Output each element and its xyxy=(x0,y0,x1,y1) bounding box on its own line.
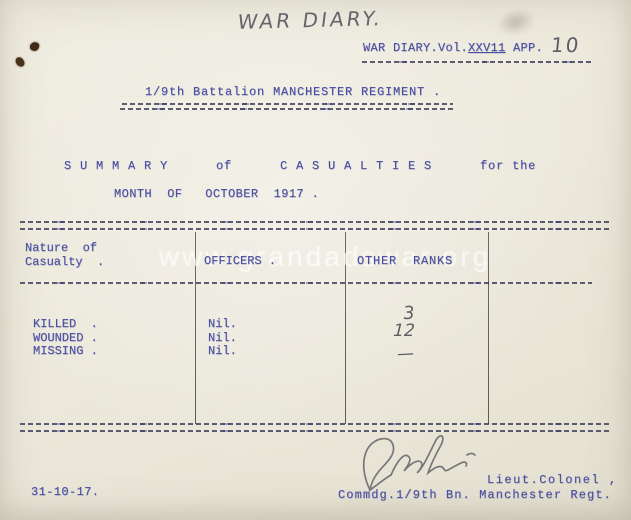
header-nature-line1: Nature of xyxy=(25,241,97,255)
reference-prefix: WAR DIARY.Vol. xyxy=(363,41,468,55)
table-column-divider-2 xyxy=(345,232,346,424)
commanding-officer-line: Commdg.1/9th Bn. Manchester Regt. xyxy=(338,489,612,503)
table-row: WOUNDED . xyxy=(33,331,98,345)
table-bottom-rule-1 xyxy=(20,423,612,425)
paper-smudge xyxy=(494,5,537,39)
header-nature-line2: Casualty . xyxy=(25,255,104,269)
handwritten-other-ranks-missing: — xyxy=(396,344,413,365)
archive-watermark: www.grandadswar.org xyxy=(95,241,555,273)
volume-reference-line: WAR DIARY.Vol.XXV11 APP. xyxy=(363,42,543,56)
table-row: MISSING . xyxy=(33,344,98,358)
table-cell-officers-wounded: Nil. xyxy=(208,331,237,345)
handwritten-appendix-number: 10 xyxy=(550,33,582,57)
table-top-rule-1 xyxy=(20,221,612,223)
table-column-divider-3 xyxy=(488,232,489,424)
table-header-nature-of-casualty: Nature of Casualty . xyxy=(25,242,104,269)
battalion-underline-rule-2 xyxy=(120,108,454,110)
paper-stain-spot xyxy=(29,41,40,52)
table-bottom-rule-2 xyxy=(20,430,612,432)
date-line: 31-10-17. xyxy=(31,486,99,500)
paper-stain-spot xyxy=(14,56,25,68)
table-row: KILLED . xyxy=(33,317,98,331)
table-header-rule xyxy=(20,282,592,284)
battalion-title: 1/9th Battalion MANCHESTER REGIMENT . xyxy=(145,86,441,100)
table-officers-values: Nil. Nil. Nil. xyxy=(208,318,237,359)
battalion-underline-rule-1 xyxy=(122,103,453,105)
reference-volume: XXV11 xyxy=(468,41,506,55)
table-column-divider-1 xyxy=(195,232,196,424)
table-nature-values: KILLED . WOUNDED . MISSING . xyxy=(33,318,98,359)
table-cell-officers-killed: Nil. xyxy=(208,317,237,331)
summary-heading-line2: MONTH OF OCTOBER 1917 . xyxy=(114,188,319,202)
summary-heading-line1: S U M M A R Y of C A S U A L T I E S for… xyxy=(64,160,536,174)
handwritten-other-ranks-wounded: 12 xyxy=(391,321,418,341)
reference-underline-rule xyxy=(362,61,592,63)
table-header-other-ranks: OTHER RANKS xyxy=(357,255,453,269)
table-cell-officers-missing: Nil. xyxy=(208,344,237,358)
rank-line: Lieut.Colonel , xyxy=(487,474,618,488)
handwritten-war-diary-title: WAR DIARY. xyxy=(236,6,384,34)
war-diary-document-page: WAR DIARY. WAR DIARY.Vol.XXV11 APP. 10 1… xyxy=(0,0,631,520)
table-header-officers: OFFICERS . xyxy=(204,255,276,269)
table-top-rule-2 xyxy=(20,228,612,230)
reference-suffix: APP. xyxy=(506,41,544,55)
